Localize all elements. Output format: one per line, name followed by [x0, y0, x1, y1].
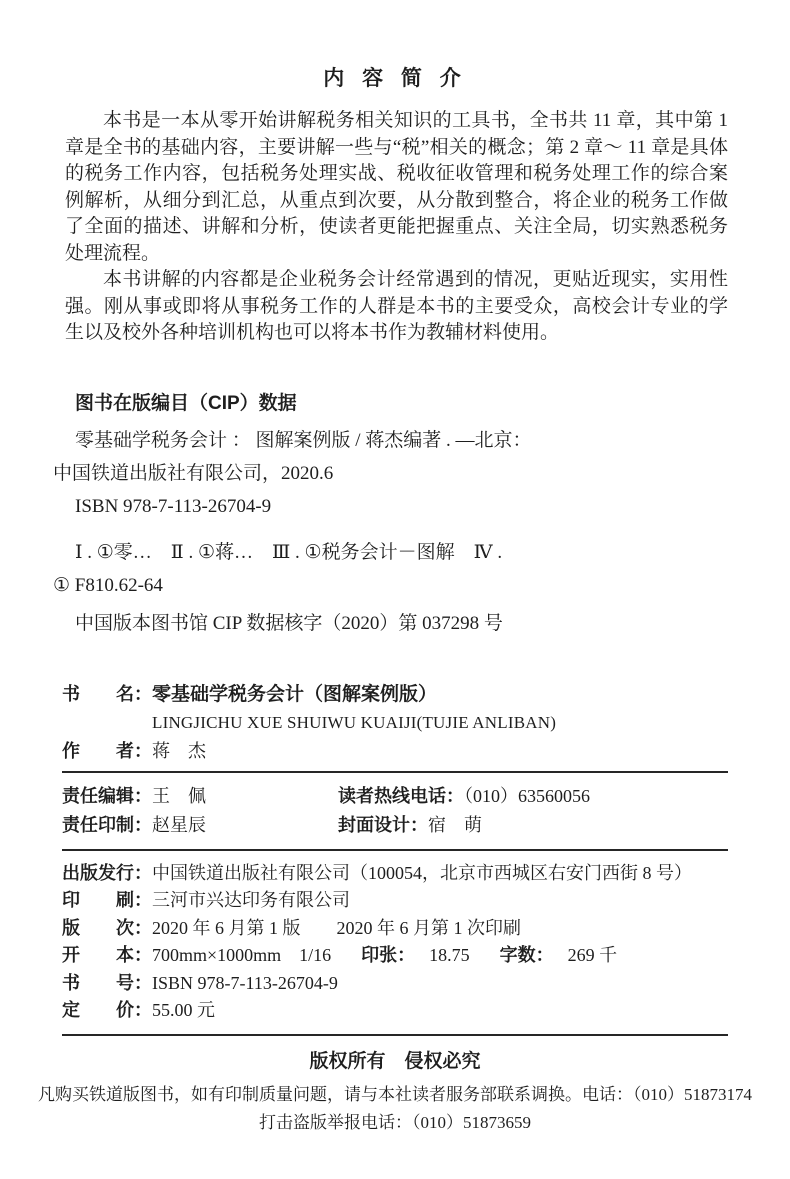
service-contact-line: 凡购买铁道版图书，如有印制质量问题，请与本社读者服务部联系调换。电话：（010）… [0, 1082, 790, 1108]
piracy-report-line: 打击盗版举报电话：（010）51873659 [0, 1110, 790, 1136]
printer-label: 印 刷： [62, 890, 152, 910]
print-supervisor-name: 赵星辰 [152, 815, 206, 835]
hotline-label: 读者热线电话： [338, 786, 464, 806]
editor-name: 王 佩 [152, 786, 206, 806]
editor-cell: 责任编辑：王 佩 [62, 782, 338, 811]
copyright-notice: 版权所有 侵权必究 [0, 1049, 790, 1075]
cover-designer-label: 封面设计： [338, 815, 428, 835]
intro-section: 本书是一本从零开始讲解税务相关知识的工具书，全书共 11 章，其中第 1 章是全… [65, 108, 728, 347]
book-author-row: 作 者：蒋 杰 [62, 737, 728, 765]
edition-label: 版 次： [62, 918, 152, 938]
divider-1 [62, 771, 728, 773]
price-label: 定 价： [62, 1000, 152, 1020]
editor-label: 责任编辑： [62, 786, 152, 806]
printer-value: 三河市兴达印务有限公司 [152, 890, 350, 910]
cip-block: 图书在版编目（CIP）数据 零基础学税务会计 ： 图解案例版 / 蒋杰编著 . … [53, 387, 730, 640]
hotline-number: （010）63560056 [464, 786, 590, 806]
cip-classification-line-1: Ⅰ . ①零… Ⅱ . ①蒋… Ⅲ . ①税务会计－图解 Ⅳ . [53, 536, 730, 569]
book-title-label: 书 名： [62, 684, 152, 704]
cip-isbn-line: ISBN 978-7-113-26704-9 [53, 490, 730, 523]
intro-paragraph-2: 本书讲解的内容都是企业税务会计经常遇到的情况，更贴近现实，实用性强。刚从事或即将… [65, 267, 728, 347]
colophon-block: 出版发行：中国铁道出版社有限公司（100054，北京市西城区右安门西街 8 号）… [62, 860, 728, 1025]
book-author-label: 作 者： [62, 741, 152, 761]
words-value: 269 千 [568, 945, 618, 965]
format-label: 开 本： [62, 945, 152, 965]
divider-3 [62, 1034, 728, 1036]
words-label: 字数： [500, 945, 554, 965]
isbn-label: 书 号： [62, 973, 152, 993]
format-value: 700mm×1000mm 1/16 [152, 945, 331, 965]
book-title: 零基础学税务会计（图解案例版） [152, 684, 437, 705]
printer-row: 印 刷：三河市兴达印务有限公司 [62, 887, 728, 915]
price-value: 55.00 元 [152, 1000, 215, 1020]
intro-title: 内 容 简 介 [0, 62, 790, 92]
edition-row: 版 次：2020 年 6 月第 1 版 2020 年 6 月第 1 次印刷 [62, 915, 728, 943]
cip-record-line: 中国版本图书馆 CIP 数据核字（2020）第 037298 号 [53, 607, 730, 640]
cip-entry-line-2: 中国铁道出版社有限公司，2020.6 [53, 457, 730, 490]
hotline-cell: 读者热线电话：（010）63560056 [338, 782, 728, 811]
book-author: 蒋 杰 [152, 741, 206, 761]
format-row: 开 本：700mm×1000mm 1/16印张：18.75字数：269 千 [62, 942, 728, 970]
book-info-block: 书 名：零基础学税务会计（图解案例版） LINGJICHU XUE SHUIWU… [62, 680, 728, 765]
book-title-row: 书 名：零基础学税务会计（图解案例版） [62, 680, 728, 709]
sheets-value: 18.75 [429, 945, 470, 965]
publisher-label: 出版发行： [62, 863, 152, 883]
cip-heading: 图书在版编目（CIP）数据 [53, 387, 730, 420]
isbn-row: 书 号：ISBN 978-7-113-26704-9 [62, 970, 728, 998]
print-supervisor-cell: 责任印制：赵星辰 [62, 811, 338, 840]
publisher-row: 出版发行：中国铁道出版社有限公司（100054，北京市西城区右安门西街 8 号） [62, 860, 728, 888]
edition-value: 2020 年 6 月第 1 版 2020 年 6 月第 1 次印刷 [152, 918, 521, 938]
intro-paragraph-1: 本书是一本从零开始讲解税务相关知识的工具书，全书共 11 章，其中第 1 章是全… [65, 108, 728, 267]
cip-entry-line-1: 零基础学税务会计 ： 图解案例版 / 蒋杰编著 . —北京： [53, 424, 730, 457]
book-title-pinyin: LINGJICHU XUE SHUIWU KUAIJI(TUJIE ANLIBA… [62, 709, 728, 737]
staff-row-1: 责任编辑：王 佩 读者热线电话：（010）63560056 [62, 782, 728, 811]
isbn-value: ISBN 978-7-113-26704-9 [152, 973, 338, 993]
cover-designer-cell: 封面设计：宿 萌 [338, 811, 728, 840]
copyright-footer: 版权所有 侵权必究 凡购买铁道版图书，如有印制质量问题，请与本社读者服务部联系调… [0, 1049, 790, 1136]
price-row: 定 价：55.00 元 [62, 997, 728, 1025]
staff-row-2: 责任印制：赵星辰 封面设计：宿 萌 [62, 811, 728, 840]
sheets-label: 印张： [361, 945, 415, 965]
staff-block: 责任编辑：王 佩 读者热线电话：（010）63560056 责任印制：赵星辰 封… [62, 782, 728, 840]
book-copyright-page: 内 容 简 介 本书是一本从零开始讲解税务相关知识的工具书，全书共 11 章，其… [0, 0, 790, 1179]
publisher-value: 中国铁道出版社有限公司（100054，北京市西城区右安门西街 8 号） [152, 863, 692, 883]
print-supervisor-label: 责任印制： [62, 815, 152, 835]
cover-designer-name: 宿 萌 [428, 815, 482, 835]
cip-classification-line-2: ① F810.62-64 [53, 569, 730, 602]
divider-2 [62, 849, 728, 851]
